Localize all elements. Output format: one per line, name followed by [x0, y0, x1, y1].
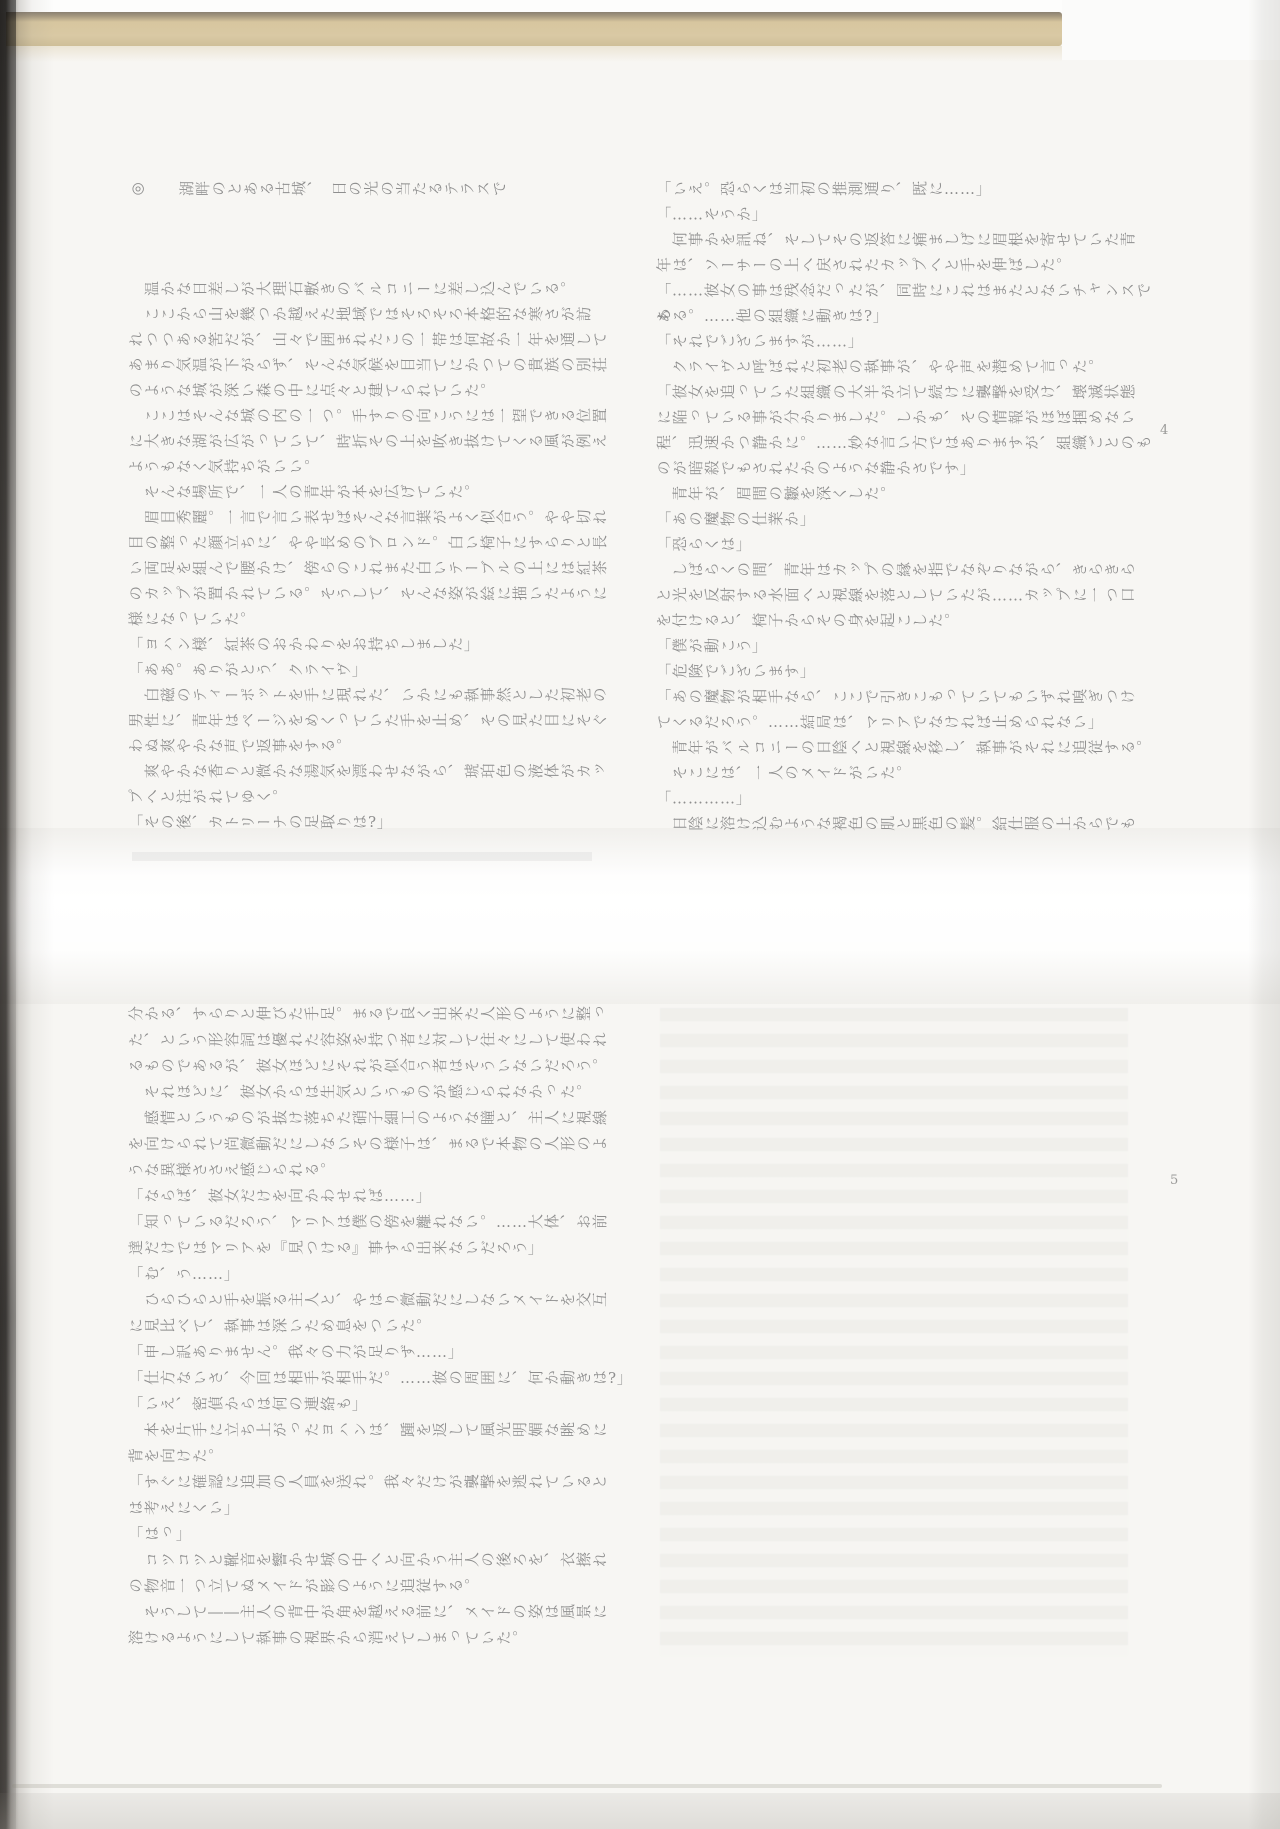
- text-column-line: クライヴと呼ばれた初老の執事が、やや声を潜めて言った。: [656, 355, 1156, 380]
- page4-chapter-heading: ◎ 湖畔のとある古城、 日の光の当たるテラスで: [128, 176, 662, 202]
- text-column-line: 感情というものが抜け落ちた硝子細工のような瞳と、主人に視線: [128, 1105, 662, 1131]
- text-column-line: ここから山を幾つか越えた地域ではそろそろ本格的な寒さが訪: [128, 302, 662, 327]
- text-column-line: コツコツと靴音を響かせ城の中へと向かう主人の後ろを、衣擦れ: [128, 1547, 662, 1573]
- text-column-line: しばらくの間、青年はカップの縁を指でなぞりながら、きらきら: [656, 558, 1156, 583]
- page5-number: 5: [1170, 1174, 1178, 1187]
- text-column-line: 分かる、すらりと伸びた手足。まるで良く出来た人形のように整っ: [128, 1001, 662, 1027]
- text-column-line: るものであるが、彼女ほどにそれが似合う者はそういないだろう。: [128, 1053, 662, 1079]
- text-column-line: は考えにくい」: [128, 1495, 662, 1521]
- text-column-line: 「む、う……」: [128, 1261, 662, 1287]
- text-column-line: 「すぐに確認に追加の人員を送れ。我々だけが襲撃を逃れていると: [128, 1469, 662, 1495]
- scanned-book-spread: ◎ 湖畔のとある古城、 日の光の当たるテラスで 温かな日差しが大理石敷きのバルコ…: [0, 0, 1280, 1829]
- text-column-line: ここはそんな城の内の一つ。手すりの向こうには一望できる位置: [128, 404, 662, 429]
- text-column-line: ひらひらと手を振る主人と、やはり微動だにしないメイドを交互: [128, 1287, 662, 1313]
- text-column-line: 「危険でございます」: [656, 659, 1156, 684]
- text-column-line: 白磁のティーポットを手に現れた、いかにも執事然とした初老の: [128, 683, 662, 708]
- text-column-line: 「いえ。恐らくは当初の推測通り、既に……」: [656, 177, 1156, 202]
- text-column-line: 本を片手に立ち上がったヨハンは、踵を返して風光明媚な眺めに: [128, 1417, 662, 1443]
- text-column-line: 「仕方ないさ、今回は相手が相手だ。……彼の周囲に、何か動きは?」: [128, 1365, 662, 1391]
- text-column-line: れつつある筈だが、山々で囲まれたこの一帯は何故か一年を通して: [128, 328, 662, 353]
- ink-bleedthrough-line: [132, 852, 592, 861]
- page-bottom-edge-line: [12, 1784, 1162, 1788]
- text-column-line: い両足を組んで腰かけ、傍らのこれまた白いテーブルの上には紅茶: [128, 556, 662, 581]
- text-column-line: ようもなく気持ちがいい。: [128, 455, 662, 480]
- text-column-line: それほどに、彼女からは生気というものが感じられなかった。: [128, 1079, 662, 1105]
- text-column-line: 「……そうか」: [656, 202, 1156, 227]
- text-column-line: わぬ爽やかな声で返事をする。: [128, 734, 662, 759]
- text-column-line: 日陰に溶け込むような褐色の肌と黒色の髪。給仕服の上からでも: [656, 812, 1156, 837]
- text-column-line: 年は、ソーサーの上へ戻されたカップへと手を伸ばした。: [656, 253, 1156, 278]
- ink-bleedthrough-text-area: [660, 1008, 1128, 1656]
- text-column-line: 眉目秀麗。一言で言い表せばそんな言葉がよく似合う。やや切れ: [128, 506, 662, 531]
- text-column-line: のカップが置かれている。そうして、そんな姿が絵に描いたように: [128, 582, 662, 607]
- text-column-line: 「ああ。ありがとう、クライヴ」: [128, 658, 662, 683]
- page4-text-block-upper: 温かな日差しが大理石敷きのバルコニーに差し込んでいる。 ここから山を幾つか越えた…: [128, 277, 662, 836]
- text-column-line: 青年が、眉間の皺を深くした。: [656, 482, 1156, 507]
- text-column-line: 「申し訳ありません。我々の力が足りず……」: [128, 1339, 662, 1365]
- text-column-line: に陥っている事が分かりました。しかも、その情報がほぼ掴めない: [656, 406, 1156, 431]
- text-column-line: の物音一つ立てぬメイドが影のように追従する。: [128, 1573, 662, 1599]
- spine-shadow-variation: [0, 0, 16, 1829]
- text-column-line: 様になっていた。: [128, 607, 662, 632]
- text-column-line: のが暗殺でもされたかのような静かさです」: [656, 456, 1156, 481]
- text-column-line: ある。……他の組織に動きは?」: [656, 304, 1156, 329]
- text-column-line: 達だけではマリアを『見つける』事すら出来ないだろう」: [128, 1235, 662, 1261]
- text-column-line: そんな場所で、一人の青年が本を広げていた。: [128, 480, 662, 505]
- text-column-line: プへと注がれてゆく。: [128, 785, 662, 810]
- text-column-line: と光を反射する水面へと視線を落としていたが……カップに一つ口: [656, 583, 1156, 608]
- text-column-line: 「……彼女の事は残念だったが、同時にこれはまたとないチャンスでも: [656, 279, 1156, 304]
- cover-band-soft-shadow: [6, 46, 1062, 62]
- text-column-line: そこには、一人のメイドがいた。: [656, 761, 1156, 786]
- text-column-line: うな異様ささえ感じられる。: [128, 1157, 662, 1183]
- text-column-line: 「恐らくは」: [656, 532, 1156, 557]
- text-column-line: 「ならば、彼女だけを向かわせれば……」: [128, 1183, 662, 1209]
- text-column-line: 背を向けた。: [128, 1443, 662, 1469]
- text-column-line: 「それでございますが……」: [656, 329, 1156, 354]
- text-column-line: 「僕が動こう」: [656, 634, 1156, 659]
- page4-text-block-lower: 「いえ。恐らくは当初の推測通り、既に……」「……そうか」 何事かを訊ね、そしてそ…: [656, 177, 1156, 837]
- text-column-line: 何事かを訊ね、そしてその返答に痛ましげに眉根を寄せていた青: [656, 228, 1156, 253]
- text-column-line: に大きな湖が広がっていて、時折その上を吹き抜けてくる風が例え: [128, 429, 662, 454]
- text-column-line: そうして――主人の背中が角を越える前に、メイドの姿は風景に: [128, 1599, 662, 1625]
- text-column-line: に見比べて、執事は深いため息をついた。: [128, 1313, 662, 1339]
- text-column-line: 溶けるようにして執事の視界から消えてしまっていた。: [128, 1625, 662, 1651]
- text-column-line: 程、迅速かつ静かに。……妙な言い方ではありますが、組織ごとのも: [656, 431, 1156, 456]
- scan-bottom-band: [0, 1793, 1280, 1829]
- text-column-line: 青年がバルコニーの日陰へと視線を移し、執事がそれに追従する。: [656, 736, 1156, 761]
- text-column-line: のような城が深い森の中に点々と建てられていた。: [128, 379, 662, 404]
- scan-right-edge-shadow: [1248, 0, 1280, 1829]
- text-column-line: た、という形容詞は優れた容姿を持つ者に対して往々にして使われ: [128, 1027, 662, 1053]
- text-column-line: 「知っているだろう、マリアは僕の傍を離れない。……大体、お前: [128, 1209, 662, 1235]
- text-column-line: 目の整った顔立ちに、やや長めのブロンド。白い椅子にすらりと長: [128, 531, 662, 556]
- text-column-line: 「その後、カトリーナの足取りは?」: [128, 810, 662, 835]
- text-column-line: 「あの魔物の仕業か」: [656, 507, 1156, 532]
- page4-number: 4: [1160, 424, 1168, 437]
- page5-text-block-upper: 分かる、すらりと伸びた手足。まるで良く出来た人形のように整った、という形容詞は優…: [128, 1001, 662, 1651]
- text-column-line: を向けられて尚微動だにしないその様子は、まるで本物の人形のよ: [128, 1131, 662, 1157]
- text-column-line: 男性に、青年はページをめくっていた手を止め、その見た目にそぐ: [128, 709, 662, 734]
- text-column-line: 「いえ、密偵からは何の連絡も」: [128, 1391, 662, 1417]
- text-column-line: 温かな日差しが大理石敷きのバルコニーに差し込んでいる。: [128, 277, 662, 302]
- text-column-line: てくるだろう。……結局は、マリアでなければ止められない」: [656, 710, 1156, 735]
- text-column-line: 「彼女を追っていた組織の大半が立て続けに襲撃を受け、壊滅状態: [656, 380, 1156, 405]
- text-column-line: あまり気温が下がらず、そんな気候を目当てにかつての貴族の別荘: [128, 353, 662, 378]
- text-column-line: 爽やかな香りと微かな湯気を漂わせながら、琥珀色の液体がカッ: [128, 759, 662, 784]
- book-cover-edge-band: [6, 12, 1062, 46]
- text-column-line: 「…………」: [656, 786, 1156, 811]
- text-column-line: 「あの魔物が相手なら、ここで引きこもっていてもいずれ嗅ぎつけ: [656, 685, 1156, 710]
- text-column-line: を付けると、椅子からその身を起こした。: [656, 609, 1156, 634]
- text-column-line: 「ヨハン様、紅茶のおかわりをお持ちしました」: [128, 632, 662, 657]
- text-column-line: 「はっ」: [128, 1521, 662, 1547]
